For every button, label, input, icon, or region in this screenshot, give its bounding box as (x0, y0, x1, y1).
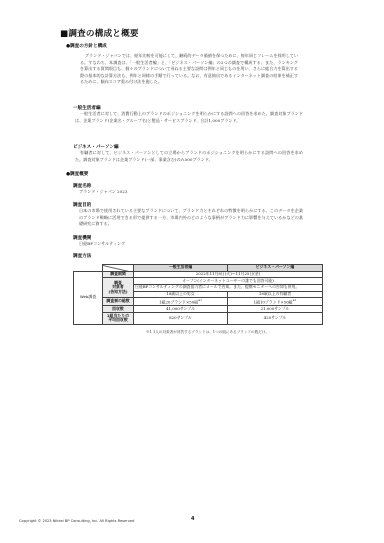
copyright-notice: Copyright © 2023 Nikkei BP Consulting, I… (19, 519, 134, 523)
web-survey-label: Web調査 (74, 271, 103, 324)
target-label-line3: (告知方法) (108, 289, 127, 294)
overview-heading: ●調査概要 (66, 171, 88, 177)
groups-label: 調査票の総数 (103, 298, 134, 306)
average-label-line2: 平均回収数 (108, 317, 127, 322)
policy-heading: ●調査の方針と構成 (66, 43, 107, 49)
page-title: ■調査の構成と概要 (60, 27, 139, 39)
policy-paragraph: ブランド・ジャパンでは、経年比較を可能にして、継続的データ価値を保つために、毎年… (80, 53, 298, 86)
target-business: 18歳以上の有職者 (228, 291, 323, 298)
responses-business: 21,000サンプル (228, 306, 323, 313)
page-number: 4 (191, 516, 194, 522)
groups-business: 1組10ブランド×50組※1 (228, 298, 323, 306)
table-footnote: ※1 1人の対象者が回答するブランドは、1つの組にあるブランドの数だけ。 (146, 330, 269, 335)
average-label: 1組当たりの 平均回収数 (103, 313, 134, 325)
survey-method-label: 調査方法 (73, 253, 91, 259)
groups-business-text: 1組10ブランド×50組 (254, 299, 293, 304)
survey-purpose-value: 日本の市場で使用されている主要なブランドについて、ブランド力とそれぞれの特徴を明… (79, 208, 303, 228)
target-notice: 日経BPコンサルティングの調査協力者にメールで告知。また、提携モニターへの告知も… (134, 285, 323, 292)
survey-agency-value: 日経BPコンサルティング (79, 241, 279, 248)
target-general: 18歳以上の男女 (134, 291, 228, 298)
empty-cell (74, 265, 103, 272)
average-general: 820サンプル (134, 313, 228, 325)
table-row-average: 1組当たりの 平均回収数 820サンプル 420サンプル (74, 313, 323, 325)
survey-name-value: ブランド・ジャパン 2023 (79, 189, 279, 196)
footnote-mark: ※1 (293, 299, 297, 302)
table-row-period: Web調査 調査期間 2022年11月8日(火)～11月25日(金) (74, 271, 323, 278)
target-label: 調査 対象者 (告知方法) (103, 278, 134, 298)
groups-general-text: 1組20ブランド×50組 (159, 299, 198, 304)
average-business: 420サンプル (228, 313, 323, 325)
footnote-mark: ※1 (198, 299, 202, 302)
responses-general: 41,000サンプル (134, 306, 228, 313)
table-row-groups: 調査票の総数 1組20ブランド×50組※1 1組10ブランド×50組※1 (74, 298, 323, 306)
business-paragraph: 有職者に対して、ビジネス・パーソンとしての立場からブランドのポジショニングを明ら… (75, 150, 303, 163)
general-paragraph: 一般生活者に対して、消費行動上のブランドのポジショニングを明らかにする設問への回… (75, 111, 303, 124)
groups-general: 1組20ブランド×50組※1 (134, 298, 228, 306)
period-label: 調査期間 (103, 271, 134, 278)
period-value: 2022年11月8日(火)～11月25日(金) (134, 271, 323, 278)
survey-method-table: 一般生活者編 ビジネス・パーソン編 Web調査 調査期間 2022年11月8日(… (73, 264, 323, 325)
corner-diagonal-cell (103, 265, 134, 272)
